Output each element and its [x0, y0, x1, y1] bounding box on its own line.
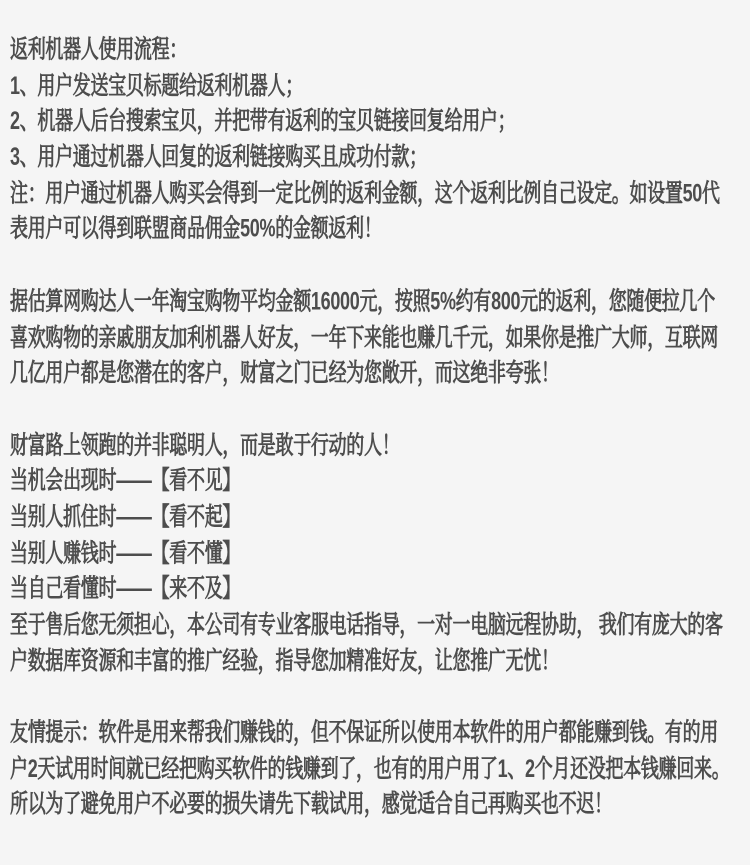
motivation-line-opportunity: 当机会出现时——【看不见】	[10, 464, 750, 500]
usage-note-line-2: 表用户可以得到联盟商品佣金50%的金额返利！	[10, 212, 750, 248]
motivation-line-others-seize: 当别人抓住时——【看不起】	[10, 500, 750, 536]
usage-step-3: 3、用户通过机器人回复的返利链接购买且成功付款；	[10, 140, 750, 176]
friendly-reminder-section: 友情提示：软件是用来帮我们赚钱的，但不保证所以使用本软件的用户都能赚到钱。有的用…	[10, 715, 750, 823]
usage-step-2: 2、机器人后台搜索宝贝，并把带有返利的宝贝链接回复给用户；	[10, 104, 750, 140]
usage-flow-section: 返利机器人使用流程： 1、用户发送宝贝标题给返利机器人； 2、机器人后台搜索宝贝…	[10, 32, 750, 248]
usage-step-1: 1、用户发送宝贝标题给返利机器人；	[10, 68, 750, 104]
usage-note-line-1: 注：用户通过机器人购买会得到一定比例的返利金额，这个返利比例自己设定。如设置50…	[10, 176, 750, 212]
motivation-line-others-earn: 当别人赚钱时——【看不懂】	[10, 536, 750, 572]
usage-flow-title: 返利机器人使用流程：	[10, 32, 750, 68]
rebate-robot-promo-page: 返利机器人使用流程： 1、用户发送宝贝标题给返利机器人； 2、机器人后台搜索宝贝…	[0, 0, 750, 865]
earnings-line-2: 喜欢购物的亲戚朋友加利机器人好友，一年下来能也赚几千元，如果你是推广大师，互联网	[10, 320, 750, 356]
aftersales-line-1: 至于售后您无须担心，本公司有专业客服电话指导，一对一电脑远程协助， 我们有庞大的…	[10, 608, 750, 644]
reminder-line-2: 户2天试用时间就已经把购买软件的钱赚到了，也有的用户用了1、2个月还没把本钱赚回…	[10, 751, 750, 787]
aftersales-line-2: 户数据库资源和丰富的推广经验，指导您加精准好友，让您推广无忧！	[10, 644, 750, 680]
reminder-line-1: 友情提示：软件是用来帮我们赚钱的，但不保证所以使用本软件的用户都能赚到钱。有的用	[10, 715, 750, 751]
motivation-line-too-late: 当自己看懂时——【来不及】	[10, 572, 750, 608]
earnings-line-1: 据估算网购达人一年淘宝购物平均金额16000元，按照5%约有800元的返利，您随…	[10, 284, 750, 320]
earnings-line-3: 几亿用户都是您潜在的客户，财富之门已经为您敞开，而这绝非夸张！	[10, 356, 750, 392]
motivation-headline: 财富路上领跑的并非聪明人，而是敢于行动的人！	[10, 428, 750, 464]
earnings-estimate-section: 据估算网购达人一年淘宝购物平均金额16000元，按照5%约有800元的返利，您随…	[10, 284, 750, 392]
reminder-line-3: 所以为了避免用户不必要的损失请先下载试用，感觉适合自己再购买也不迟！	[10, 787, 750, 823]
rebate-description-document: 返利机器人使用流程： 1、用户发送宝贝标题给返利机器人； 2、机器人后台搜索宝贝…	[0, 0, 750, 823]
motivation-support-section: 财富路上领跑的并非聪明人，而是敢于行动的人！ 当机会出现时——【看不见】 当别人…	[10, 428, 750, 680]
